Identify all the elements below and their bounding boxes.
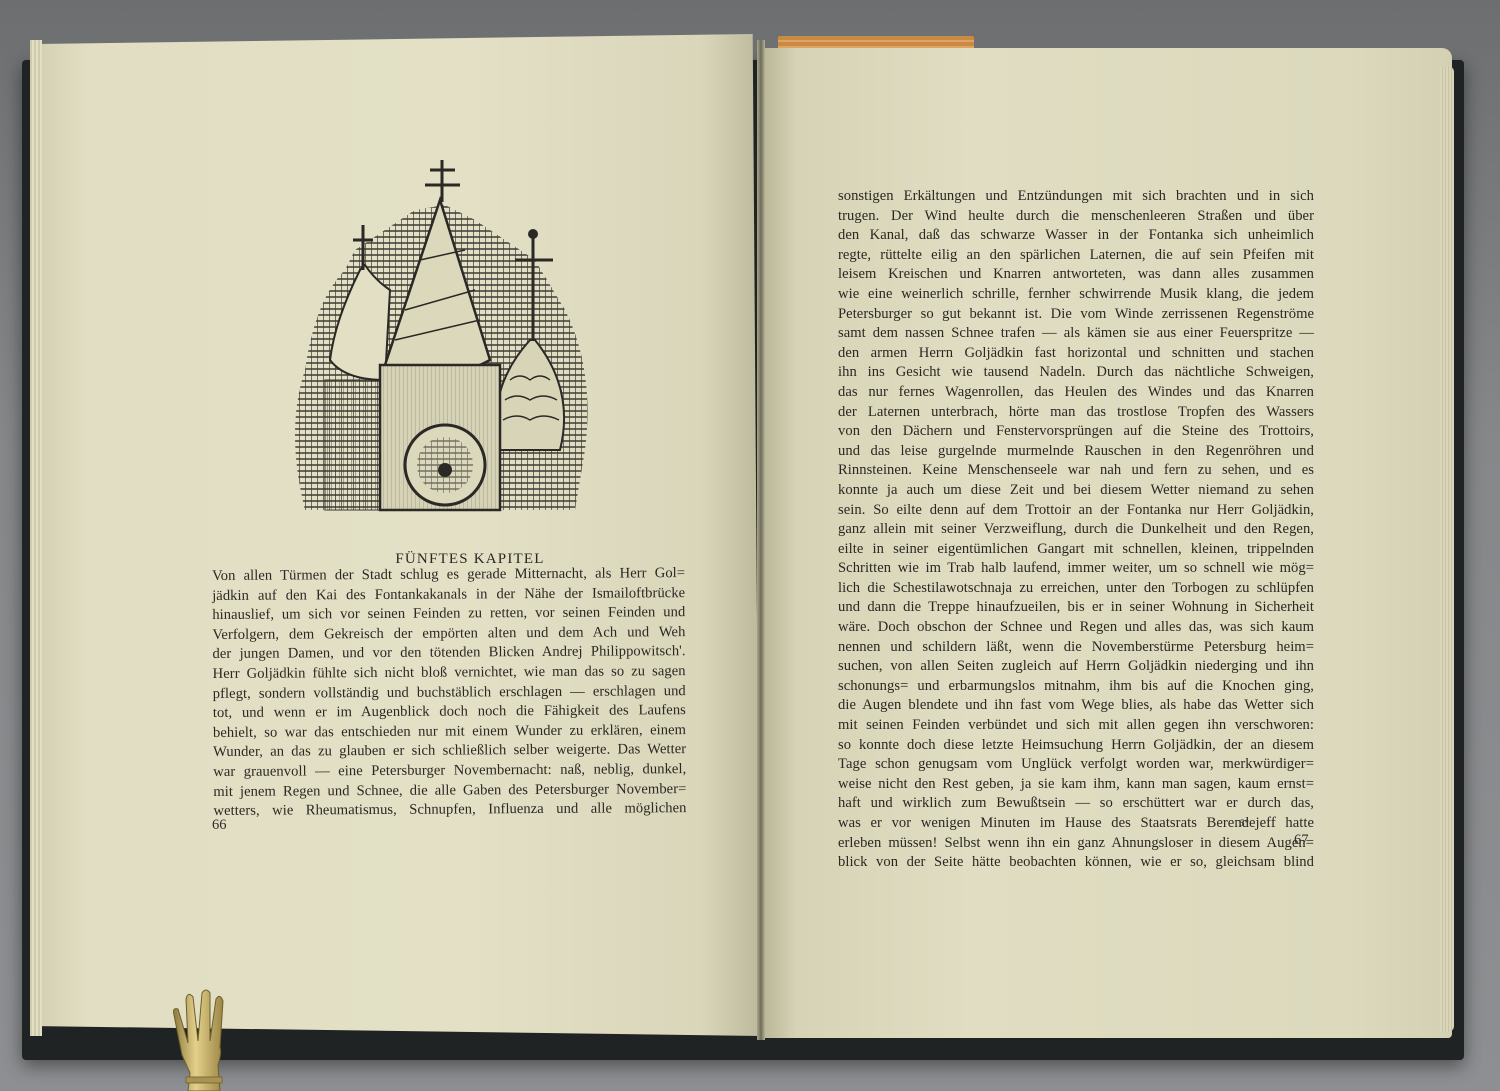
text-line: mit seinen Feinden verbündet und sich mi…	[838, 716, 1314, 736]
text-line: den armen Herrn Goljädkin fast horizonta…	[838, 344, 1314, 364]
text-line: wäre. Doch obschon der Schnee und Regen …	[838, 618, 1314, 638]
text-line: und dann die Treppe hinaufzueilen, bis e…	[838, 598, 1314, 618]
church-illustration-icon	[275, 150, 605, 530]
text-line: den Kanal, daß das schwarze Wasser in de…	[838, 226, 1314, 246]
text-line: ganz allein mit seiner Verzweiflung, dur…	[838, 520, 1314, 540]
text-line: der Laternen unterbrach, hörte man das t…	[838, 403, 1314, 423]
text-line: und das leise gurgelnde murmelnde Rausch…	[838, 442, 1314, 462]
text-line: blick von der Seite hätte beobachten kön…	[838, 853, 1314, 873]
text-line: von den Dächern und Fenstervorsprüngen a…	[838, 422, 1314, 442]
text-line: hinauslief, um sich vor seinen Feinden z…	[212, 603, 685, 625]
right-page-edges	[1440, 66, 1454, 1032]
signature-mark: 5*	[1240, 818, 1249, 828]
text-line: tot, und wenn er im Augenblick doch noch…	[213, 701, 686, 723]
text-line: sonstigen Erkältungen und Entzündungen m…	[838, 187, 1314, 207]
text-line: ihn ins Gesicht wie tausend Nadeln. Durc…	[838, 363, 1314, 383]
left-page-text: Von allen Türmen der Stadt schlug es ger…	[212, 564, 687, 822]
text-line: das nur fernes Wagenrollen, das Heulen d…	[838, 383, 1314, 403]
text-line: war grauenvoll — eine Petersburger Novem…	[213, 760, 686, 782]
text-line: lich die Schestilawotschnaja zu erreiche…	[838, 579, 1314, 599]
text-line: regte, rüttelte eilig an den spärlichen …	[838, 246, 1314, 266]
text-line: wie eine weinerlich schrille, fernher sc…	[838, 285, 1314, 305]
page-number-left: 66	[212, 817, 227, 834]
text-line: konnte ja auch um diese Zeit und bei die…	[838, 481, 1314, 501]
text-line: erleben müssen! Selbst wenn ihn ein ganz…	[838, 834, 1314, 854]
left-page-edges	[30, 40, 42, 1036]
text-line: so konnte doch diese letzte Heimsuchung …	[838, 736, 1314, 756]
text-line: Tage schon genugsam vom Unglück verfolgt…	[838, 755, 1314, 775]
text-line: suchen, von allen Seiten zugleich auf He…	[838, 657, 1314, 677]
text-line: Herr Goljädkin fühlte sich nicht bloß ve…	[213, 662, 686, 684]
text-line: Petersburger so gut bekannt ist. Die vom…	[838, 305, 1314, 325]
text-line: eilte in seiner eigentümlichen Gangart m…	[838, 540, 1314, 560]
page-number-right: 67	[1294, 832, 1309, 849]
text-line: weise nicht den Rest geben, ja sie kam i…	[838, 775, 1314, 795]
text-line: haft und wirklich zum Bewußtsein — so er…	[838, 794, 1314, 814]
text-line: leisem Kreischen und Knarren antworteten…	[838, 265, 1314, 285]
book-gutter	[757, 40, 765, 1040]
brass-hand-page-holder-icon	[160, 985, 250, 1091]
text-line: Schritten wie im Trab halb laufend, imme…	[838, 559, 1314, 579]
text-line: nennen und schildern läßt, wenn die Nove…	[838, 638, 1314, 658]
text-line: wetters, wie Rheumatismus, Schnupfen, In…	[213, 799, 686, 821]
text-line: Von allen Türmen der Stadt schlug es ger…	[212, 564, 685, 586]
text-line: Rinnsteinen. Keine Menschenseele war nah…	[838, 461, 1314, 481]
right-page-text: sonstigen Erkältungen und Entzündungen m…	[838, 187, 1314, 873]
text-line: die Augen blendete und ihn fast vom Wege…	[838, 696, 1314, 716]
text-line: samt dem nassen Schnee trafen — als käme…	[838, 324, 1314, 344]
text-line: schonungs= und erbarmungslos mitnahm, ih…	[838, 677, 1314, 697]
text-line: sein. So eilte denn auf dem Trottoir an …	[838, 501, 1314, 521]
text-line: trugen. Der Wind heulte durch die mensch…	[838, 207, 1314, 227]
